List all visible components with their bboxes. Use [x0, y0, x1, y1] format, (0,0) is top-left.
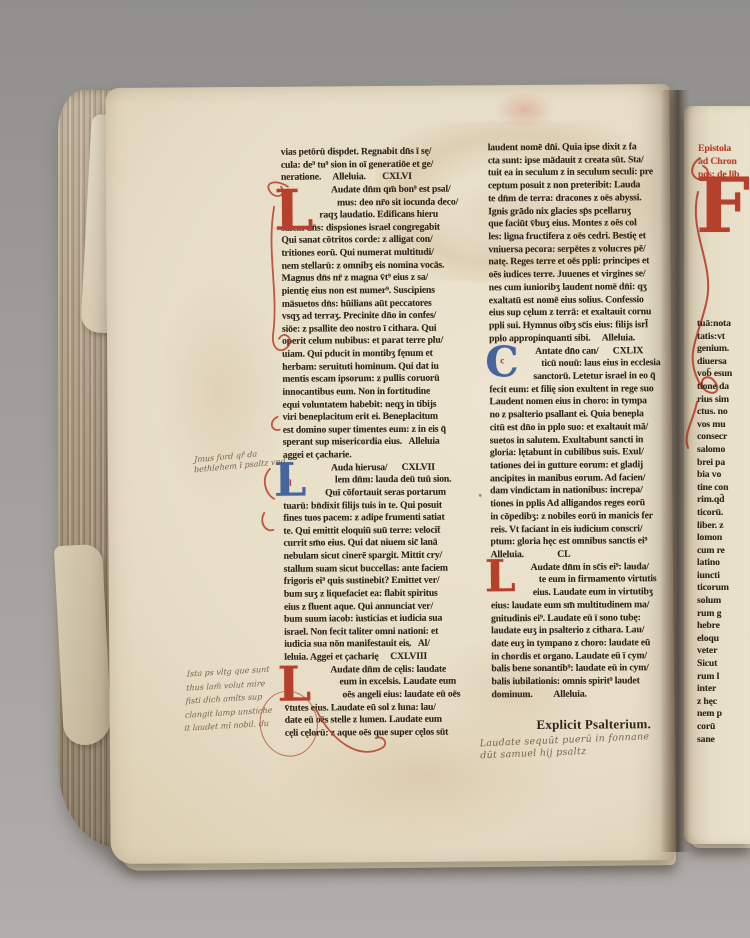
printed-text-line: nem p [697, 708, 732, 721]
printed-text-line: ctus. no [697, 406, 732, 419]
printed-text-line: tine con [697, 482, 732, 495]
printed-text-line: tione da [697, 381, 732, 394]
printed-text-line: rius sim [697, 394, 732, 407]
printed-text-line: solum [697, 595, 732, 608]
printed-text-line: cum re [697, 545, 732, 558]
printed-text-line: hebre [697, 620, 732, 633]
printed-text-line: lomon [697, 532, 732, 545]
printed-text-line: veter [697, 645, 732, 658]
printed-text-line: salomo [697, 444, 732, 457]
printed-text-line: tatis:vt [697, 331, 732, 344]
printed-text-line: eloqu [697, 633, 732, 646]
printed-text-line: latino [697, 557, 732, 570]
printed-text-line: rum l [697, 671, 732, 684]
printed-text-line: z hęc [697, 696, 732, 709]
printed-text-line: sane [697, 734, 732, 747]
gutter-shadow [660, 90, 690, 852]
printed-text-line: Sicut [697, 658, 732, 671]
printed-text-line: ticorum [697, 582, 732, 595]
photograph-of-open-incunabulum: { "palette":{"background_gray":"#9e9c9a"… [0, 0, 750, 938]
printed-text-line: tuā:nota [697, 318, 732, 331]
printed-text-line: brei pa [697, 457, 732, 470]
printed-text-line: rum g [697, 608, 732, 621]
printed-text-line: consecr [697, 431, 732, 444]
printed-text-line: diuersa [697, 356, 732, 369]
printed-text-line: vob̄ esun [697, 368, 732, 381]
printed-text-line: iuncti [697, 570, 732, 583]
right-page-sliver: Epistolaad Chronpos: de lib F tuā:notata… [684, 106, 750, 844]
printed-text-line: inter [697, 683, 732, 696]
text-column-fragment: tuā:notatatis:vtgenium.diuersavob̄ esunt… [697, 318, 732, 746]
printed-text-line: ticorū. [697, 507, 732, 520]
printed-text-line: rim.qd̄ [697, 494, 732, 507]
printed-text-line: liber. z [697, 520, 732, 533]
printed-text-line: genium. [697, 343, 732, 356]
printed-text-line: bia vo [697, 469, 732, 482]
printed-text-line: corū [697, 721, 732, 734]
printed-text-line: vos mu [697, 419, 732, 432]
left-page: vias petōrū dispdet. Regnabit dn̄s ī sę/… [105, 84, 674, 864]
explicit-line: Explicit Psalterium. [510, 716, 678, 733]
